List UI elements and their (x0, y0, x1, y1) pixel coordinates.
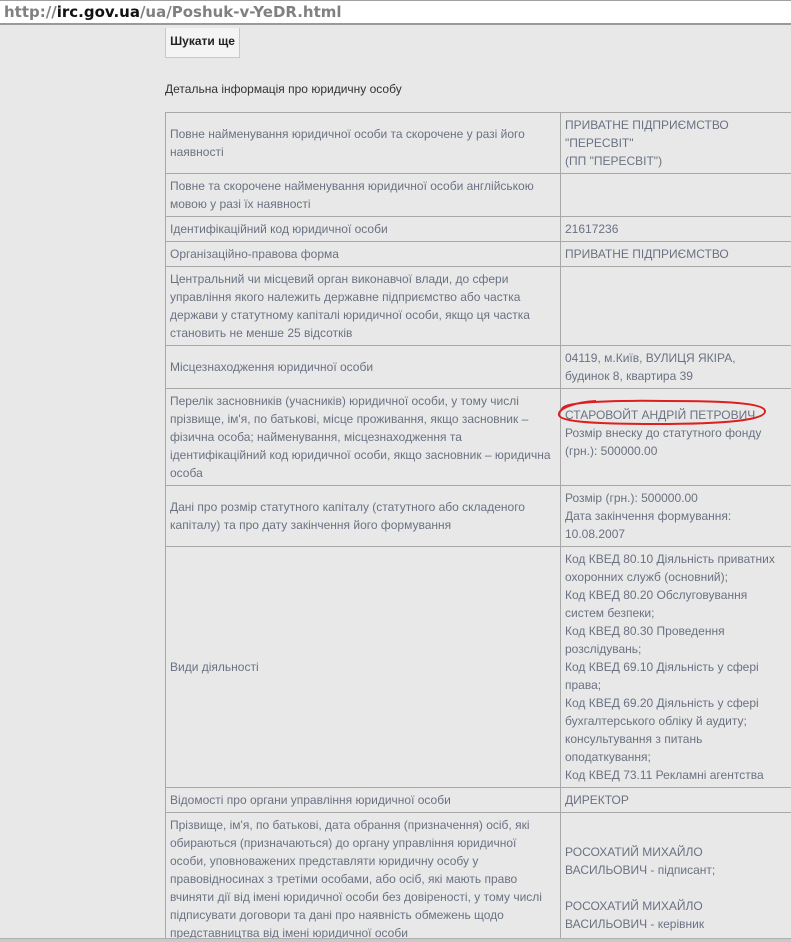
value-line: 10.08.2007 (565, 525, 787, 543)
value-line: ПРИВАТНЕ ПІДПРИЄМСТВО (565, 116, 787, 134)
table-row: Повне найменування юридичної особи та ск… (166, 113, 791, 174)
value-line: Розмір внеску до статутного фонду (грн.)… (565, 424, 787, 460)
field-label: Організаційно-правова форма (166, 242, 561, 267)
status-bar (0, 938, 791, 942)
entity-details-table: Повне найменування юридичної особи та ск… (165, 112, 791, 942)
value-line: Дата закінчення формування: (565, 507, 787, 525)
field-label: Повне та скорочене найменування юридично… (166, 174, 561, 217)
value-line: "ПЕРЕСВІТ" (565, 134, 787, 152)
value-line: 21617236 (565, 220, 787, 238)
field-value: 21617236 (561, 217, 791, 242)
field-value: ДИРЕКТОР (561, 788, 791, 813)
value-line: (ПП "ПЕРЕСВІТ") (565, 152, 787, 170)
value-line: 04119, м.Київ, ВУЛИЦЯ ЯКІРА, (565, 349, 787, 367)
field-value (561, 267, 791, 346)
value-line: Код КВЕД 69.10 Діяльність у сфері права; (565, 658, 787, 694)
field-label: Перелік засновників (учасників) юридично… (166, 389, 561, 486)
table-row: Перелік засновників (учасників) юридично… (166, 389, 791, 486)
value-line: Код КВЕД 69.20 Діяльність у сфері бухгал… (565, 694, 787, 766)
value-line: РОСОХАТИЙ МИХАЙЛО ВАСИЛЬОВИЧ - підписант… (565, 843, 787, 879)
value-line: будинок 8, квартира 39 (565, 367, 787, 385)
value-line: ДИРЕКТОР (565, 791, 787, 809)
field-label: Місцезнаходження юридичної особи (166, 346, 561, 389)
founder-name-text: СТАРОВОЙТ АНДРІЙ ПЕТРОВИЧ (565, 408, 755, 422)
value-line (565, 879, 787, 897)
field-label: Ідентифікаційний код юридичної особи (166, 217, 561, 242)
url-scheme: http:// (4, 3, 57, 21)
table-row: Відомості про органи управління юридично… (166, 788, 791, 813)
value-line (565, 825, 787, 843)
value-line: ПРИВАТНЕ ПІДПРИЄМСТВО (565, 245, 787, 263)
field-label: Повне найменування юридичної особи та ск… (166, 113, 561, 174)
url-host: irc.gov.ua (57, 3, 140, 21)
field-label: Центральний чи місцевий орган виконавчої… (166, 267, 561, 346)
field-value: 04119, м.Київ, ВУЛИЦЯ ЯКІРА,будинок 8, к… (561, 346, 791, 389)
field-value: Код КВЕД 80.10 Діяльність приватних охор… (561, 547, 791, 788)
field-label: Види діяльності (166, 547, 561, 788)
field-label: Відомості про органи управління юридично… (166, 788, 561, 813)
url-path: /ua/Poshuk-v-YeDR.html (140, 3, 342, 21)
table-row: Прізвище, ім'я, по батькові, дата обранн… (166, 813, 791, 942)
field-label: Дані про розмір статутного капіталу (ста… (166, 486, 561, 547)
field-value (561, 174, 791, 217)
value-line: Код КВЕД 73.11 Рекламні агентства (565, 766, 787, 784)
value-line: Код КВЕД 80.20 Обслуговування систем без… (565, 586, 787, 622)
field-value: ПРИВАТНЕ ПІДПРИЄМСТВО"ПЕРЕСВІТ"(ПП "ПЕРЕ… (561, 113, 791, 174)
field-value: Розмір (грн.): 500000.00Дата закінчення … (561, 486, 791, 547)
search-again-button[interactable]: Шукати ще (165, 28, 240, 58)
table-row: Дані про розмір статутного капіталу (ста… (166, 486, 791, 547)
address-bar[interactable]: http://irc.gov.ua/ua/Poshuk-v-YeDR.html (0, 0, 791, 25)
table-row: Центральний чи місцевий орган виконавчої… (166, 267, 791, 346)
value-line: Код КВЕД 80.30 Проведення розслідувань; (565, 622, 787, 658)
field-value: СТАРОВОЙТ АНДРІЙ ПЕТРОВИЧРозмір внеску д… (561, 389, 791, 486)
value-line: Розмір (грн.): 500000.00 (565, 489, 787, 507)
table-row: Місцезнаходження юридичної особи04119, м… (166, 346, 791, 389)
field-label: Прізвище, ім'я, по батькові, дата обранн… (166, 813, 561, 942)
table-row: Повне та скорочене найменування юридично… (166, 174, 791, 217)
field-value: РОСОХАТИЙ МИХАЙЛО ВАСИЛЬОВИЧ - підписант… (561, 813, 791, 942)
field-value: ПРИВАТНЕ ПІДПРИЄМСТВО (561, 242, 791, 267)
value-line: Код КВЕД 80.10 Діяльність приватних охор… (565, 550, 787, 586)
value-line: РОСОХАТИЙ МИХАЙЛО ВАСИЛЬОВИЧ - керівник (565, 897, 787, 933)
table-row: Ідентифікаційний код юридичної особи2161… (166, 217, 791, 242)
table-row: Види діяльностіКод КВЕД 80.10 Діяльність… (166, 547, 791, 788)
section-title: Детальна інформація про юридичну особу (165, 82, 402, 96)
table-row: Організаційно-правова формаПРИВАТНЕ ПІДП… (166, 242, 791, 267)
founder-name: СТАРОВОЙТ АНДРІЙ ПЕТРОВИЧ (565, 406, 755, 424)
